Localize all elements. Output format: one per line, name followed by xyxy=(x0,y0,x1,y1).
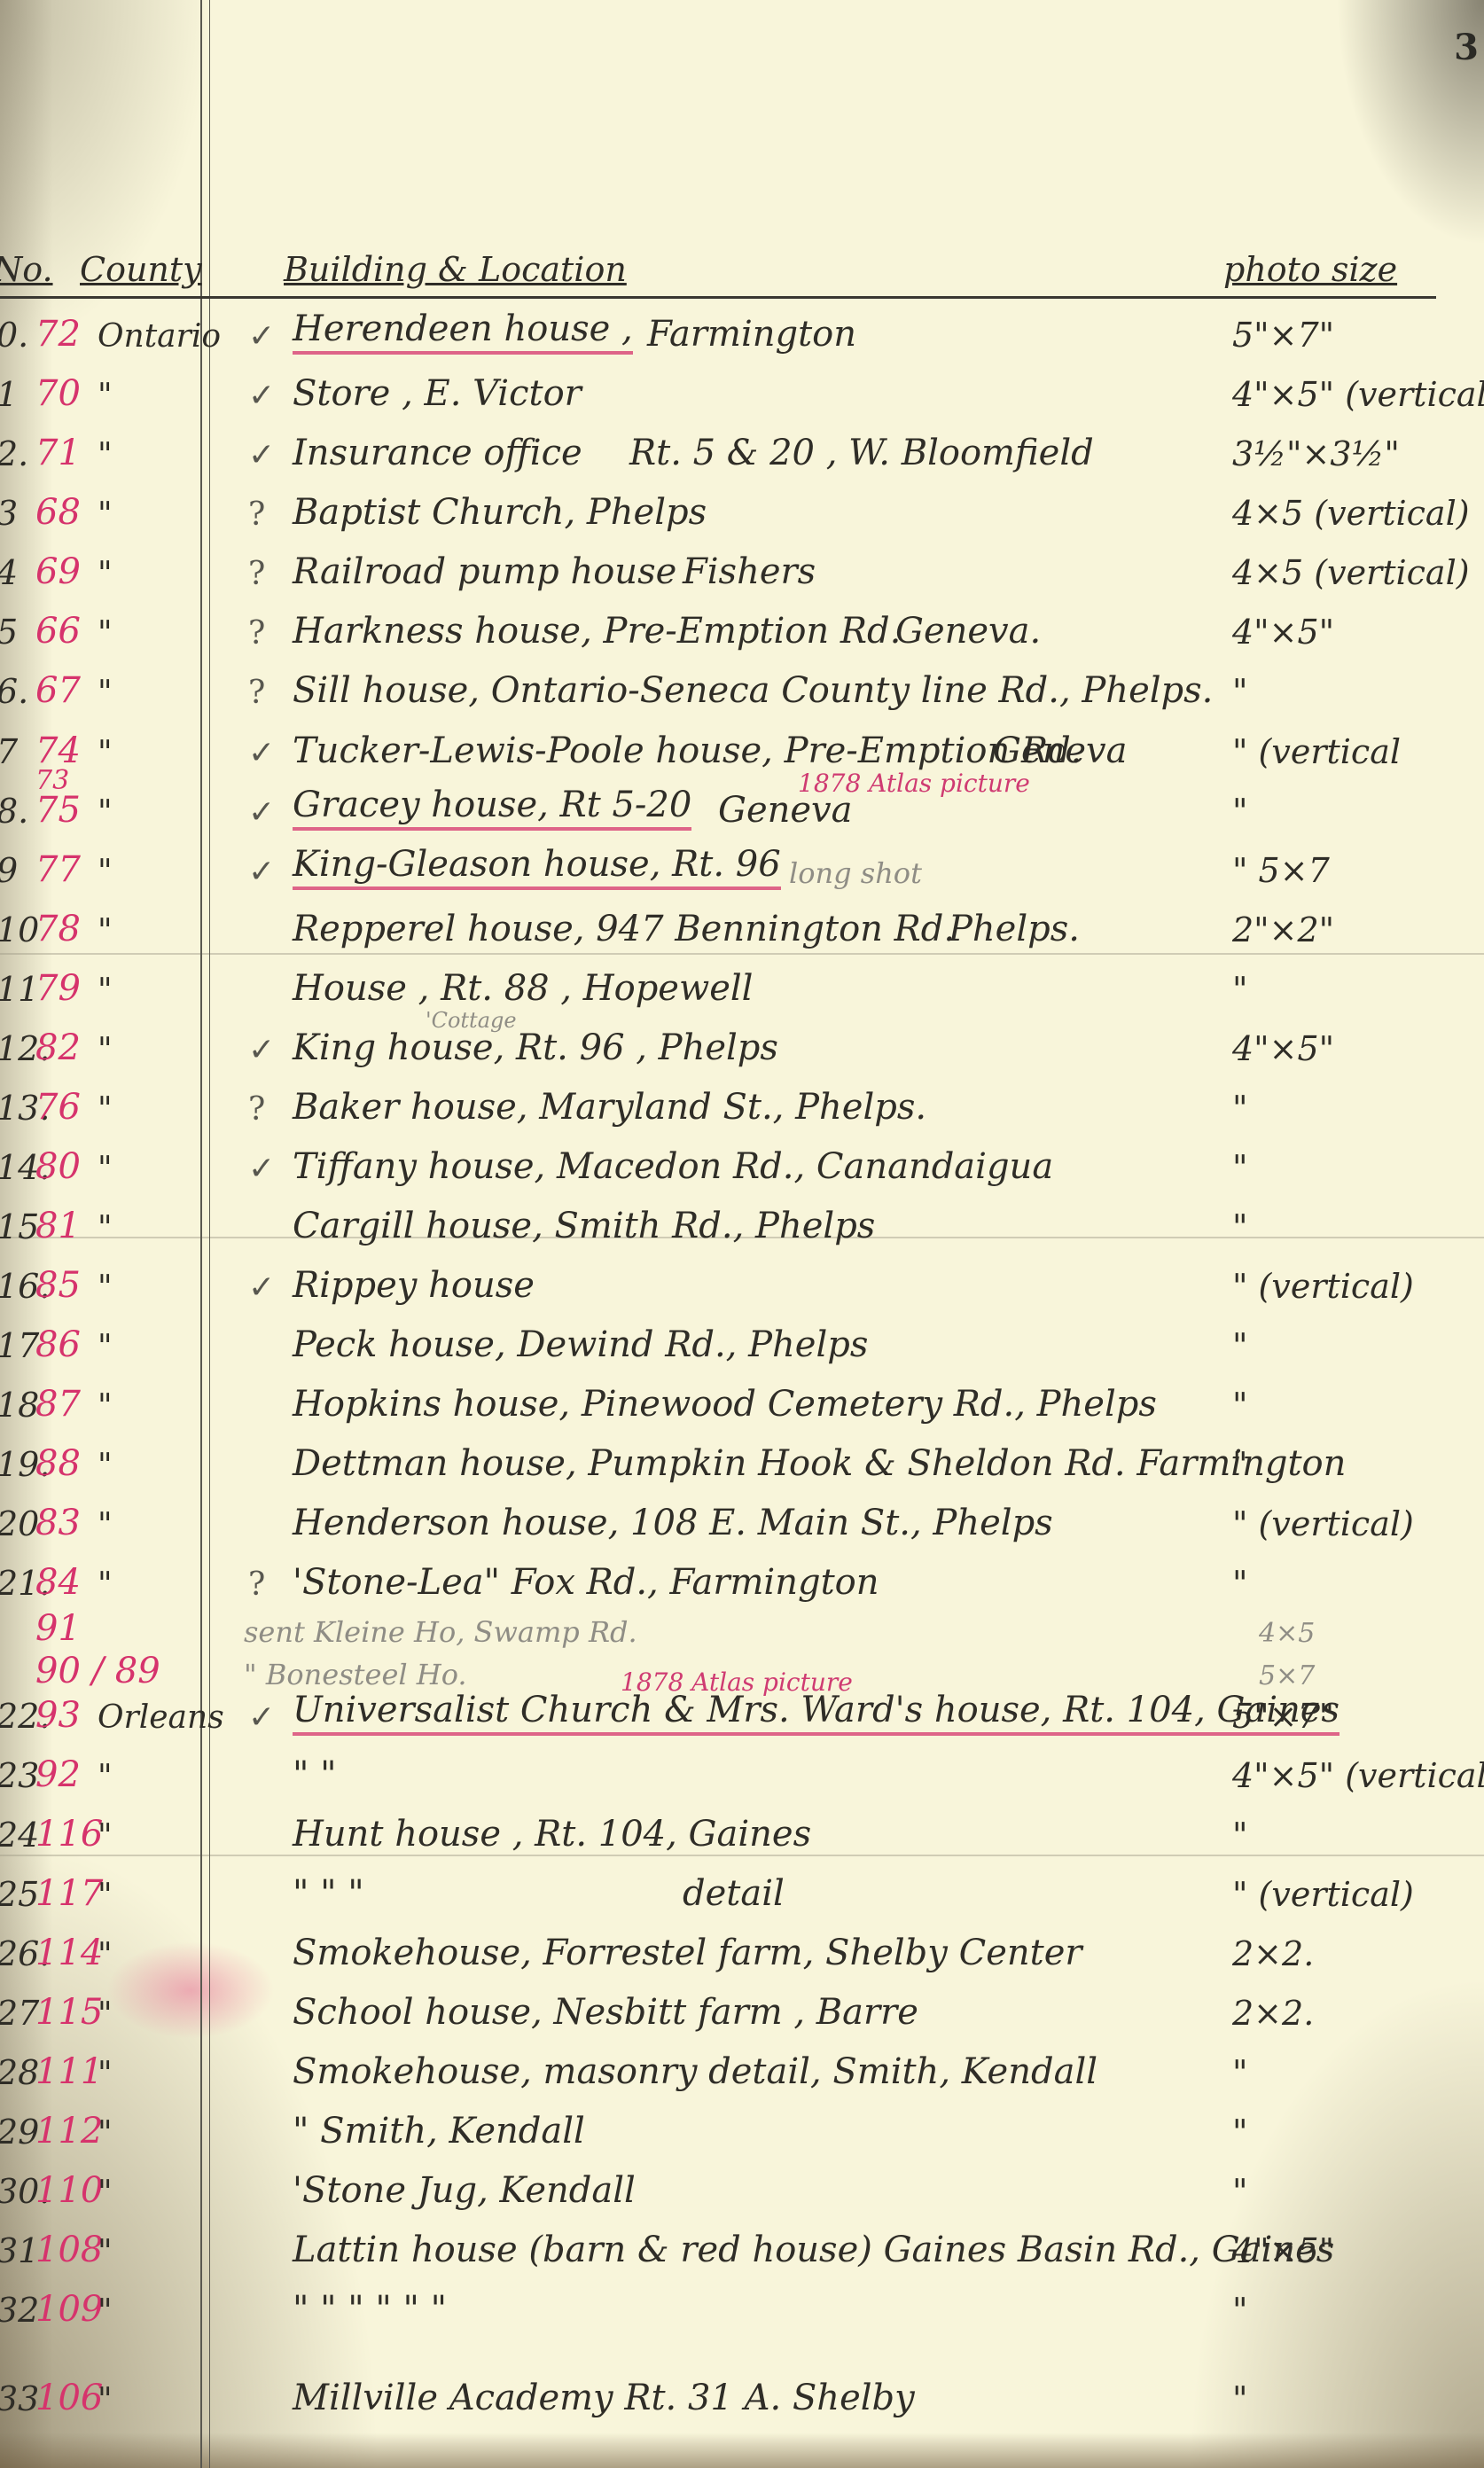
county: Orleans xyxy=(98,1699,224,1736)
photo-size: 4"×5" xyxy=(1232,1029,1334,1068)
photo-size: " 5×7 xyxy=(1232,851,1330,890)
checkmark-icon: ✓ xyxy=(248,735,275,771)
old-number: 23 xyxy=(0,1756,39,1795)
photo-size: 4"×5" (vertical) xyxy=(1232,1756,1484,1795)
building-location: " " " xyxy=(293,1873,364,1914)
new-number: 86 xyxy=(35,1324,81,1365)
new-number: 68 xyxy=(35,492,81,533)
table-row: 33106"Millville Academy Rt. 31 A. Shelby… xyxy=(0,2365,1484,2424)
county: " xyxy=(98,1448,113,1484)
table-row: 1786"Peck house, Dewind Rd., Phelps" xyxy=(0,1312,1484,1371)
photo-size: " xyxy=(1232,2291,1247,2330)
new-number: 92 xyxy=(35,1754,81,1795)
county: " xyxy=(98,437,113,473)
table-row: 12.82"✓King house, Rt. 96 , Phelps'Cotta… xyxy=(0,1015,1484,1074)
photo-size: " xyxy=(1232,1326,1247,1365)
question-mark-icon: ? xyxy=(248,496,265,533)
building-location: Smokehouse, Forrestel farm, Shelby Cente… xyxy=(293,1933,1082,1973)
table-row: 22.93Orleans✓Universalist Church & Mrs. … xyxy=(0,1683,1484,1741)
county: " xyxy=(98,2115,113,2152)
new-number: 93 xyxy=(35,1695,81,1736)
old-number: 10 xyxy=(0,910,39,949)
table-row: 27115"School house, Nesbitt farm , Barre… xyxy=(0,1980,1484,2038)
county: " xyxy=(98,615,113,652)
new-number: 111 xyxy=(35,2051,103,2092)
location: detail xyxy=(683,1873,785,1914)
old-number: 11 xyxy=(0,970,39,1009)
old-number: 0. xyxy=(0,316,28,355)
building-location: Hunt house , Rt. 104, Gaines xyxy=(293,1814,811,1855)
checkmark-icon: ✓ xyxy=(248,1151,275,1187)
checkmark-icon: ✓ xyxy=(248,378,275,414)
county: " xyxy=(98,1507,113,1543)
county: " xyxy=(98,1032,113,1068)
header-rule xyxy=(0,296,1436,299)
photo-size: 4×5 (vertical) xyxy=(1232,553,1470,592)
new-number: 81 xyxy=(35,1206,81,1246)
building-location: Peck house, Dewind Rd., Phelps xyxy=(293,1324,868,1365)
building-location: Rippey house xyxy=(293,1265,535,1306)
old-number: 31 xyxy=(0,2231,39,2270)
location: Geneva. xyxy=(895,611,1041,652)
old-number: 33 xyxy=(0,2379,39,2418)
building-location: Cargill house, Smith Rd., Phelps xyxy=(293,1206,875,1246)
old-number: 18 xyxy=(0,1386,39,1425)
table-row: 1179"House , Rt. 88 , Hopewell" xyxy=(0,956,1484,1014)
checkmark-icon: ✓ xyxy=(248,1032,275,1068)
photo-size: " xyxy=(1232,1445,1247,1484)
location: Phelps. xyxy=(949,909,1080,949)
county: " xyxy=(98,2382,113,2418)
old-number: 4 xyxy=(0,553,18,592)
county: " xyxy=(98,1210,113,1246)
building-location: " " xyxy=(293,1754,337,1795)
pencil-note: long shot xyxy=(789,856,922,890)
question-mark-icon: ? xyxy=(248,556,265,592)
building-location: School house, Nesbitt farm , Barre xyxy=(293,1992,918,2033)
new-number: 77 xyxy=(35,849,81,890)
old-number: 17 xyxy=(0,1326,39,1365)
question-mark-icon: ? xyxy=(248,1091,265,1128)
building-location: Henderson house, 108 E. Main St., Phelps xyxy=(293,1503,1053,1543)
building-location: Lattin house (barn & red house) Gaines B… xyxy=(293,2230,1334,2270)
county: " xyxy=(98,1388,113,1425)
building-location: " Smith, Kendall xyxy=(293,2111,585,2152)
photo-size: 2×2. xyxy=(1232,1994,1314,2033)
new-number: 72 xyxy=(35,314,81,355)
county: " xyxy=(98,2293,113,2330)
photo-size: " xyxy=(1232,2172,1247,2211)
building-location: House , Rt. 88 , Hopewell xyxy=(293,968,753,1009)
new-number: 69 xyxy=(35,551,81,592)
building-location: Herendeen house , xyxy=(293,308,633,355)
photo-size: " (vertical xyxy=(1232,732,1401,771)
county: " xyxy=(98,556,113,592)
photo-size: 2"×2" xyxy=(1232,910,1334,949)
county: " xyxy=(98,1759,113,1795)
old-number: 24 xyxy=(0,1816,39,1855)
new-number: 83 xyxy=(35,1503,81,1543)
new-number: 85 xyxy=(35,1265,81,1306)
checkmark-icon: ✓ xyxy=(248,794,275,831)
new-number: 67 xyxy=(35,670,81,711)
new-number: 116 xyxy=(35,1814,103,1855)
table-row: 31108"Lattin house (barn & red house) Ga… xyxy=(0,2217,1484,2276)
new-number: 117 xyxy=(35,1873,103,1914)
new-number: 82 xyxy=(35,1027,81,1068)
building-location: Baker house, Maryland St., Phelps. xyxy=(293,1087,926,1128)
building-location: Gracey house, Rt 5-20 xyxy=(293,785,691,831)
photo-size: " xyxy=(1232,2113,1247,2152)
table-row: 368"?Baptist Church, Phelps4×5 (vertical… xyxy=(0,480,1484,538)
new-number: 108 xyxy=(35,2230,103,2270)
location: Rt. 5 & 20 , W. Bloomfield xyxy=(629,433,1094,473)
new-number: 80 xyxy=(35,1146,81,1187)
building-location: 'Stone Jug, Kendall xyxy=(293,2170,636,2211)
old-number: 27 xyxy=(0,1994,39,2033)
photo-size: 4"×5" xyxy=(1232,2231,1334,2270)
new-number: 106 xyxy=(35,2378,103,2418)
photo-size: " xyxy=(1232,1148,1247,1187)
old-number: 8. xyxy=(0,792,28,831)
table-row: 1581"Cargill house, Smith Rd., Phelps" xyxy=(0,1193,1484,1252)
photo-size: 5"×7" xyxy=(1232,1697,1334,1736)
old-number: 15 xyxy=(0,1207,39,1246)
new-number: 66 xyxy=(35,611,81,652)
county: " xyxy=(98,1329,113,1365)
county: " xyxy=(98,735,113,771)
table-row: 77473"✓Tucker-Lewis-Poole house, Pre-Emp… xyxy=(0,718,1484,777)
photo-size: " xyxy=(1232,1816,1247,1855)
old-number: 20 xyxy=(0,1504,39,1543)
building-location: Railroad pump house xyxy=(293,551,676,592)
table-row: 469"?Railroad pump houseFishers4×5 (vert… xyxy=(0,539,1484,597)
table-row: 25117"" " "detail" (vertical) xyxy=(0,1861,1484,1919)
photo-size: 4"×5" xyxy=(1232,613,1334,652)
old-number: 29 xyxy=(0,2113,39,2152)
building-location: Tucker-Lewis-Poole house, Pre-Emption Rd… xyxy=(293,730,1082,771)
building-location: Harkness house, Pre-Emption Rd. xyxy=(293,611,901,652)
county: " xyxy=(98,1996,113,2033)
old-number: 3 xyxy=(0,494,18,533)
new-number: 70 xyxy=(35,373,81,414)
table-row: 32109"" " " " " "" xyxy=(0,2277,1484,2335)
building-location: Dettman house, Pumpkin Hook & Sheldon Rd… xyxy=(293,1443,1346,1484)
table-row: 16.85"✓Rippey house" (vertical) xyxy=(0,1253,1484,1311)
old-number: 9 xyxy=(0,851,18,890)
photo-size: 2×2. xyxy=(1232,1934,1314,1973)
photo-size: 5"×7" xyxy=(1232,316,1334,355)
building-location: King-Gleason house, Rt. 96 xyxy=(293,844,781,890)
old-number: 28 xyxy=(0,2053,39,2092)
county: " xyxy=(98,1091,113,1128)
table-row: 2083"Henderson house, 108 E. Main St., P… xyxy=(0,1490,1484,1549)
county: " xyxy=(98,972,113,1009)
photo-size: " (vertical) xyxy=(1232,1875,1414,1914)
table-row: 6.67"?Sill house, Ontario-Seneca County … xyxy=(0,658,1484,716)
column-header-photo-size: photo size xyxy=(1223,250,1397,289)
table-row: 1078"Repperel house, 947 Bennington Rd.P… xyxy=(0,896,1484,955)
new-number: 110 xyxy=(35,2170,103,2211)
checkmark-icon: ✓ xyxy=(248,437,275,473)
table-row: 24116"Hunt house , Rt. 104, Gaines" xyxy=(0,1801,1484,1860)
new-number: 115 xyxy=(35,1992,103,2033)
table-row: 2392"" "4"×5" (vertical) xyxy=(0,1742,1484,1800)
county: " xyxy=(98,496,113,533)
photo-size: 3½"×3½" xyxy=(1232,434,1400,473)
checkmark-icon: ✓ xyxy=(248,1269,275,1306)
table-row: 19.88"Dettman house, Pumpkin Hook & Shel… xyxy=(0,1431,1484,1489)
table-row: 566"?Harkness house, Pre-Emption Rd.Gene… xyxy=(0,598,1484,657)
checkmark-icon: ✓ xyxy=(248,1699,275,1736)
question-mark-icon: ? xyxy=(248,675,265,711)
table-row: 26.114"Smokehouse, Forrestel farm, Shelb… xyxy=(0,1920,1484,1979)
location: Farmington xyxy=(647,314,856,355)
new-number: 112 xyxy=(35,2111,103,2152)
building-location: Millville Academy Rt. 31 A. Shelby xyxy=(293,2378,915,2418)
old-number: 1 xyxy=(0,375,18,414)
county: " xyxy=(98,1878,113,1914)
county: " xyxy=(98,1818,113,1855)
table-row: 29112"" Smith, Kendall" xyxy=(0,2098,1484,2157)
new-number: 75 xyxy=(35,790,81,831)
column-header-county: County xyxy=(80,250,202,289)
new-number: 88 xyxy=(35,1443,81,1484)
new-number: 109 xyxy=(35,2289,103,2330)
county: " xyxy=(98,854,113,890)
location: Geneva xyxy=(993,730,1128,771)
county: " xyxy=(98,2056,113,2092)
pencil-note: 'Cottage xyxy=(426,1008,517,1033)
table-row: 170"✓Store , E. Victor4"×5" (vertical) xyxy=(0,361,1484,419)
paper-edge-stain xyxy=(0,2433,1484,2468)
column-header-number: No. xyxy=(0,250,53,289)
county: " xyxy=(98,913,113,949)
county: " xyxy=(98,378,113,414)
column-header-building-location: Building & Location xyxy=(284,250,627,289)
checkmark-icon: ✓ xyxy=(248,854,275,890)
building-location: Tiffany house, Macedon Rd., Canandaigua xyxy=(293,1146,1053,1187)
photo-size: " (vertical) xyxy=(1232,1504,1414,1543)
new-number: 114 xyxy=(35,1933,103,1973)
checkmark-icon: ✓ xyxy=(248,318,275,355)
photo-size: " xyxy=(1232,2379,1247,2418)
old-number: 6. xyxy=(0,672,28,711)
building-location: Sill house, Ontario-Seneca County line R… xyxy=(293,670,1213,711)
photo-size: " xyxy=(1232,970,1247,1009)
county: " xyxy=(98,794,113,831)
county: " xyxy=(98,2175,113,2211)
table-row: 14.80"✓Tiffany house, Macedon Rd., Canan… xyxy=(0,1134,1484,1192)
table-row: 2.71"✓Insurance officeRt. 5 & 20 , W. Bl… xyxy=(0,420,1484,479)
old-number: 32 xyxy=(0,2291,39,2330)
location: Geneva xyxy=(718,790,853,831)
building-location: Store , E. Victor xyxy=(293,373,582,414)
photo-size: " xyxy=(1232,1207,1247,1246)
building-location: Insurance office xyxy=(293,433,582,473)
county: " xyxy=(98,675,113,711)
table-row: 13.76"?Baker house, Maryland St., Phelps… xyxy=(0,1074,1484,1133)
new-number: 87 xyxy=(35,1384,81,1425)
page-number: 3 xyxy=(1454,27,1479,68)
photo-size: " xyxy=(1232,2053,1247,2092)
table-row: 977"✓King-Gleason house, Rt. 96long shot… xyxy=(0,837,1484,895)
photo-size: " xyxy=(1232,1386,1247,1425)
building-location: King house, Rt. 96 , Phelps xyxy=(293,1027,778,1068)
county: " xyxy=(98,1269,113,1306)
county: " xyxy=(98,1937,113,1973)
old-number: 7 xyxy=(0,732,18,771)
photo-size: " xyxy=(1232,1089,1247,1128)
photo-size: 4×5 (vertical) xyxy=(1232,494,1470,533)
table-row: 30.110"'Stone Jug, Kendall" xyxy=(0,2158,1484,2216)
table-row: 0.72Ontario✓Herendeen house ,Farmington5… xyxy=(0,301,1484,360)
new-number: 78 xyxy=(35,909,81,949)
county: " xyxy=(98,2234,113,2270)
new-number: 71 xyxy=(35,433,81,473)
building-location: Repperel house, 947 Bennington Rd. xyxy=(293,909,955,949)
question-mark-icon: ? xyxy=(248,615,265,652)
location: Fishers xyxy=(683,551,816,592)
building-location: Smokehouse, masonry detail, Smith, Kenda… xyxy=(293,2051,1097,2092)
photo-size: " xyxy=(1232,672,1247,711)
new-number: 76 xyxy=(35,1087,81,1128)
old-number: 5 xyxy=(0,613,18,652)
photo-size: " (vertical) xyxy=(1232,1267,1414,1306)
old-number: 2. xyxy=(0,434,28,473)
photo-size: 4"×5" (vertical) xyxy=(1232,375,1484,414)
table-row: 1887"Hopkins house, Pinewood Cemetery Rd… xyxy=(0,1371,1484,1430)
building-location: Universalist Church & Mrs. Ward's house,… xyxy=(293,1690,1340,1736)
table-row: 8.75"✓Gracey house, Rt 5-20Geneva" xyxy=(0,777,1484,836)
old-number: 25 xyxy=(0,1875,39,1914)
building-location: " " " " " " xyxy=(293,2289,447,2330)
building-location: Hopkins house, Pinewood Cemetery Rd., Ph… xyxy=(293,1384,1157,1425)
table-row: 28111"Smokehouse, masonry detail, Smith,… xyxy=(0,2039,1484,2097)
new-number: 79 xyxy=(35,968,81,1009)
photo-size: " xyxy=(1232,792,1247,831)
county: Ontario xyxy=(98,318,221,355)
building-location: Baptist Church, Phelps xyxy=(293,492,707,533)
county: " xyxy=(98,1151,113,1187)
